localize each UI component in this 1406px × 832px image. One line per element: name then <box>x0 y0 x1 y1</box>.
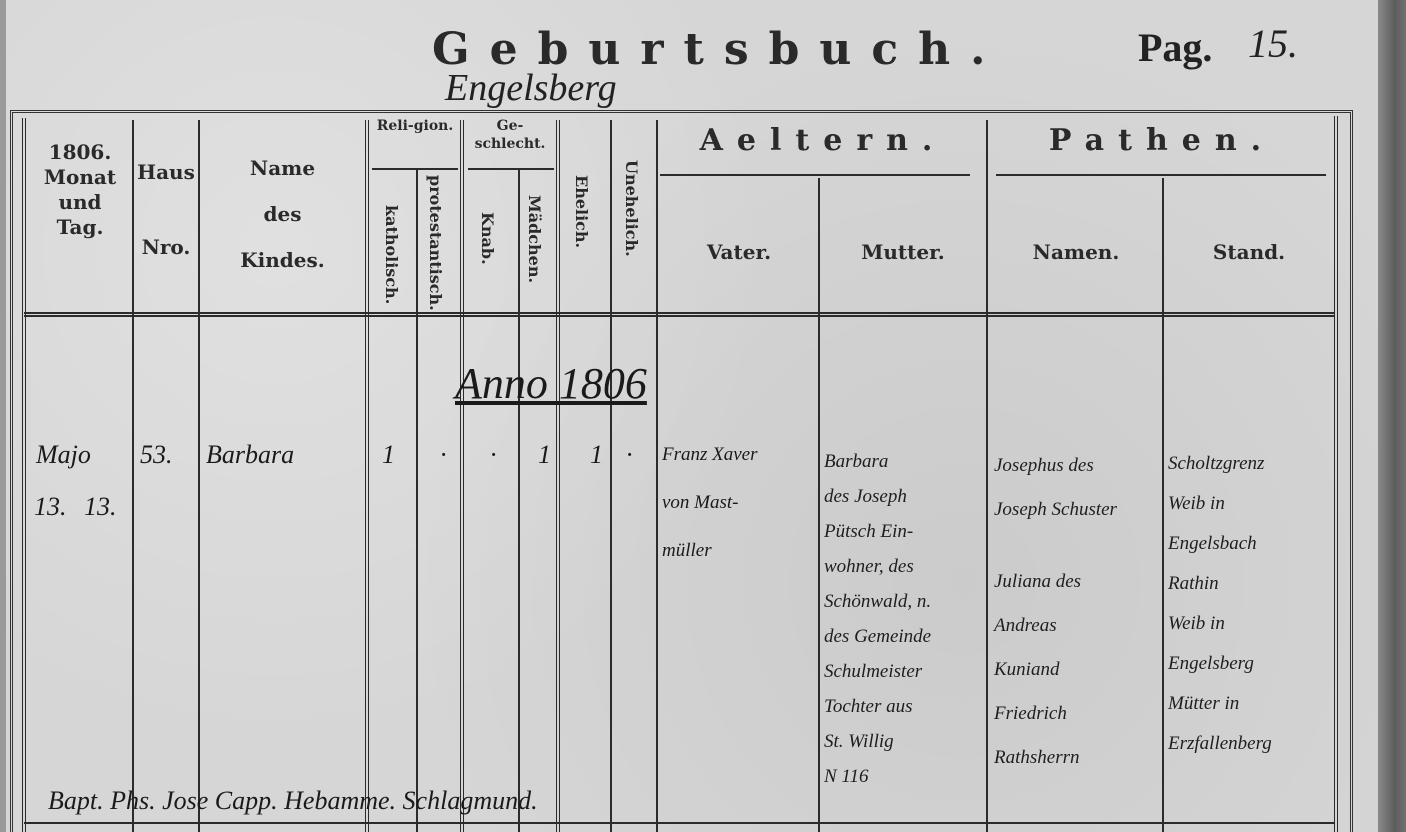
header-godparent-status: Stand. <box>1164 240 1334 265</box>
header-illegitimate: Unehelich. <box>622 160 641 257</box>
book-binding <box>1378 0 1406 832</box>
col-border-left <box>22 118 26 832</box>
header-protestant: protestantisch. <box>426 175 445 311</box>
page-edge <box>0 0 6 832</box>
baptism-note: Bapt. Phs. Jose Capp. Hebamme. Schlagmun… <box>48 786 538 816</box>
header-divider <box>24 312 1334 317</box>
entry-legitimate: 1 <box>590 440 603 470</box>
page-label: Pag. <box>1138 24 1212 71</box>
entry-illegitimate: · <box>626 440 633 470</box>
register-page: Geburtsbuch. Engelsberg Pag. 15. 1806. M… <box>0 0 1378 832</box>
header-year: 1806. <box>30 140 130 165</box>
sex-subline <box>468 168 554 170</box>
parents-subline <box>660 174 970 176</box>
row-bottom-line <box>24 822 1334 824</box>
col-divider-name <box>365 120 369 832</box>
header-boy: Knab. <box>478 212 497 265</box>
entry-girl: 1 <box>538 440 551 470</box>
col-divider-religion-end <box>460 120 464 832</box>
col-divider-legit <box>610 120 612 832</box>
entry-month: Majo <box>36 440 91 470</box>
entry-catholic: 1 <box>382 440 395 470</box>
entry-house-no-2: 13. <box>84 492 117 522</box>
header-mother: Mutter. <box>820 240 986 265</box>
header-legitimate: Ehelich. <box>572 175 591 248</box>
col-divider-father <box>818 178 820 832</box>
year-heading: Anno 1806 <box>455 358 647 409</box>
entry-protestant: · <box>440 440 447 470</box>
header-father: Vater. <box>660 240 818 265</box>
col-divider-sex-end <box>556 120 560 832</box>
header-date: 1806. Monat und Tag. <box>30 140 130 240</box>
col-divider-illegit <box>656 120 658 832</box>
header-girl: Mädchen. <box>525 195 544 283</box>
col-divider-religion <box>416 170 418 832</box>
header-child-name: Name des Kindes. <box>200 145 365 283</box>
header-house: Haus Nro. <box>134 160 198 260</box>
entry-boy: · <box>490 440 497 470</box>
entry-mother: Barbara des Joseph Pütsch Ein- wohner, d… <box>824 444 984 794</box>
page-number: 15. <box>1248 20 1298 67</box>
entry-father: Franz Xaver von Mast- müller <box>662 444 758 510</box>
header-godparents: Pathen. <box>990 122 1334 160</box>
godparents-subline <box>996 174 1326 176</box>
header-sex: Ge-schlecht. <box>464 118 556 153</box>
entry-house-no: 53. <box>140 440 173 470</box>
col-divider-sex <box>518 170 520 832</box>
col-divider-godnames <box>1162 178 1164 832</box>
parish-name: Engelsberg <box>445 66 617 110</box>
header-religion: Reli-gion. <box>370 118 460 136</box>
entry-godparent-status: Scholtzgrenz Weib in Engelsbach Rathin W… <box>1168 444 1332 764</box>
header-parents: Aeltern. <box>660 122 986 160</box>
header-godparent-names: Namen. <box>990 240 1162 265</box>
header-catholic: katholisch. <box>382 205 401 304</box>
religion-subline <box>372 168 458 170</box>
col-divider-parents <box>986 120 988 832</box>
entry-godparent-names: Josephus des Joseph Schuster Juliana des… <box>994 444 1160 780</box>
entry-day: 13. <box>34 492 67 522</box>
entry-child-name: Barbara <box>206 440 294 470</box>
col-border-right <box>1334 116 1338 832</box>
